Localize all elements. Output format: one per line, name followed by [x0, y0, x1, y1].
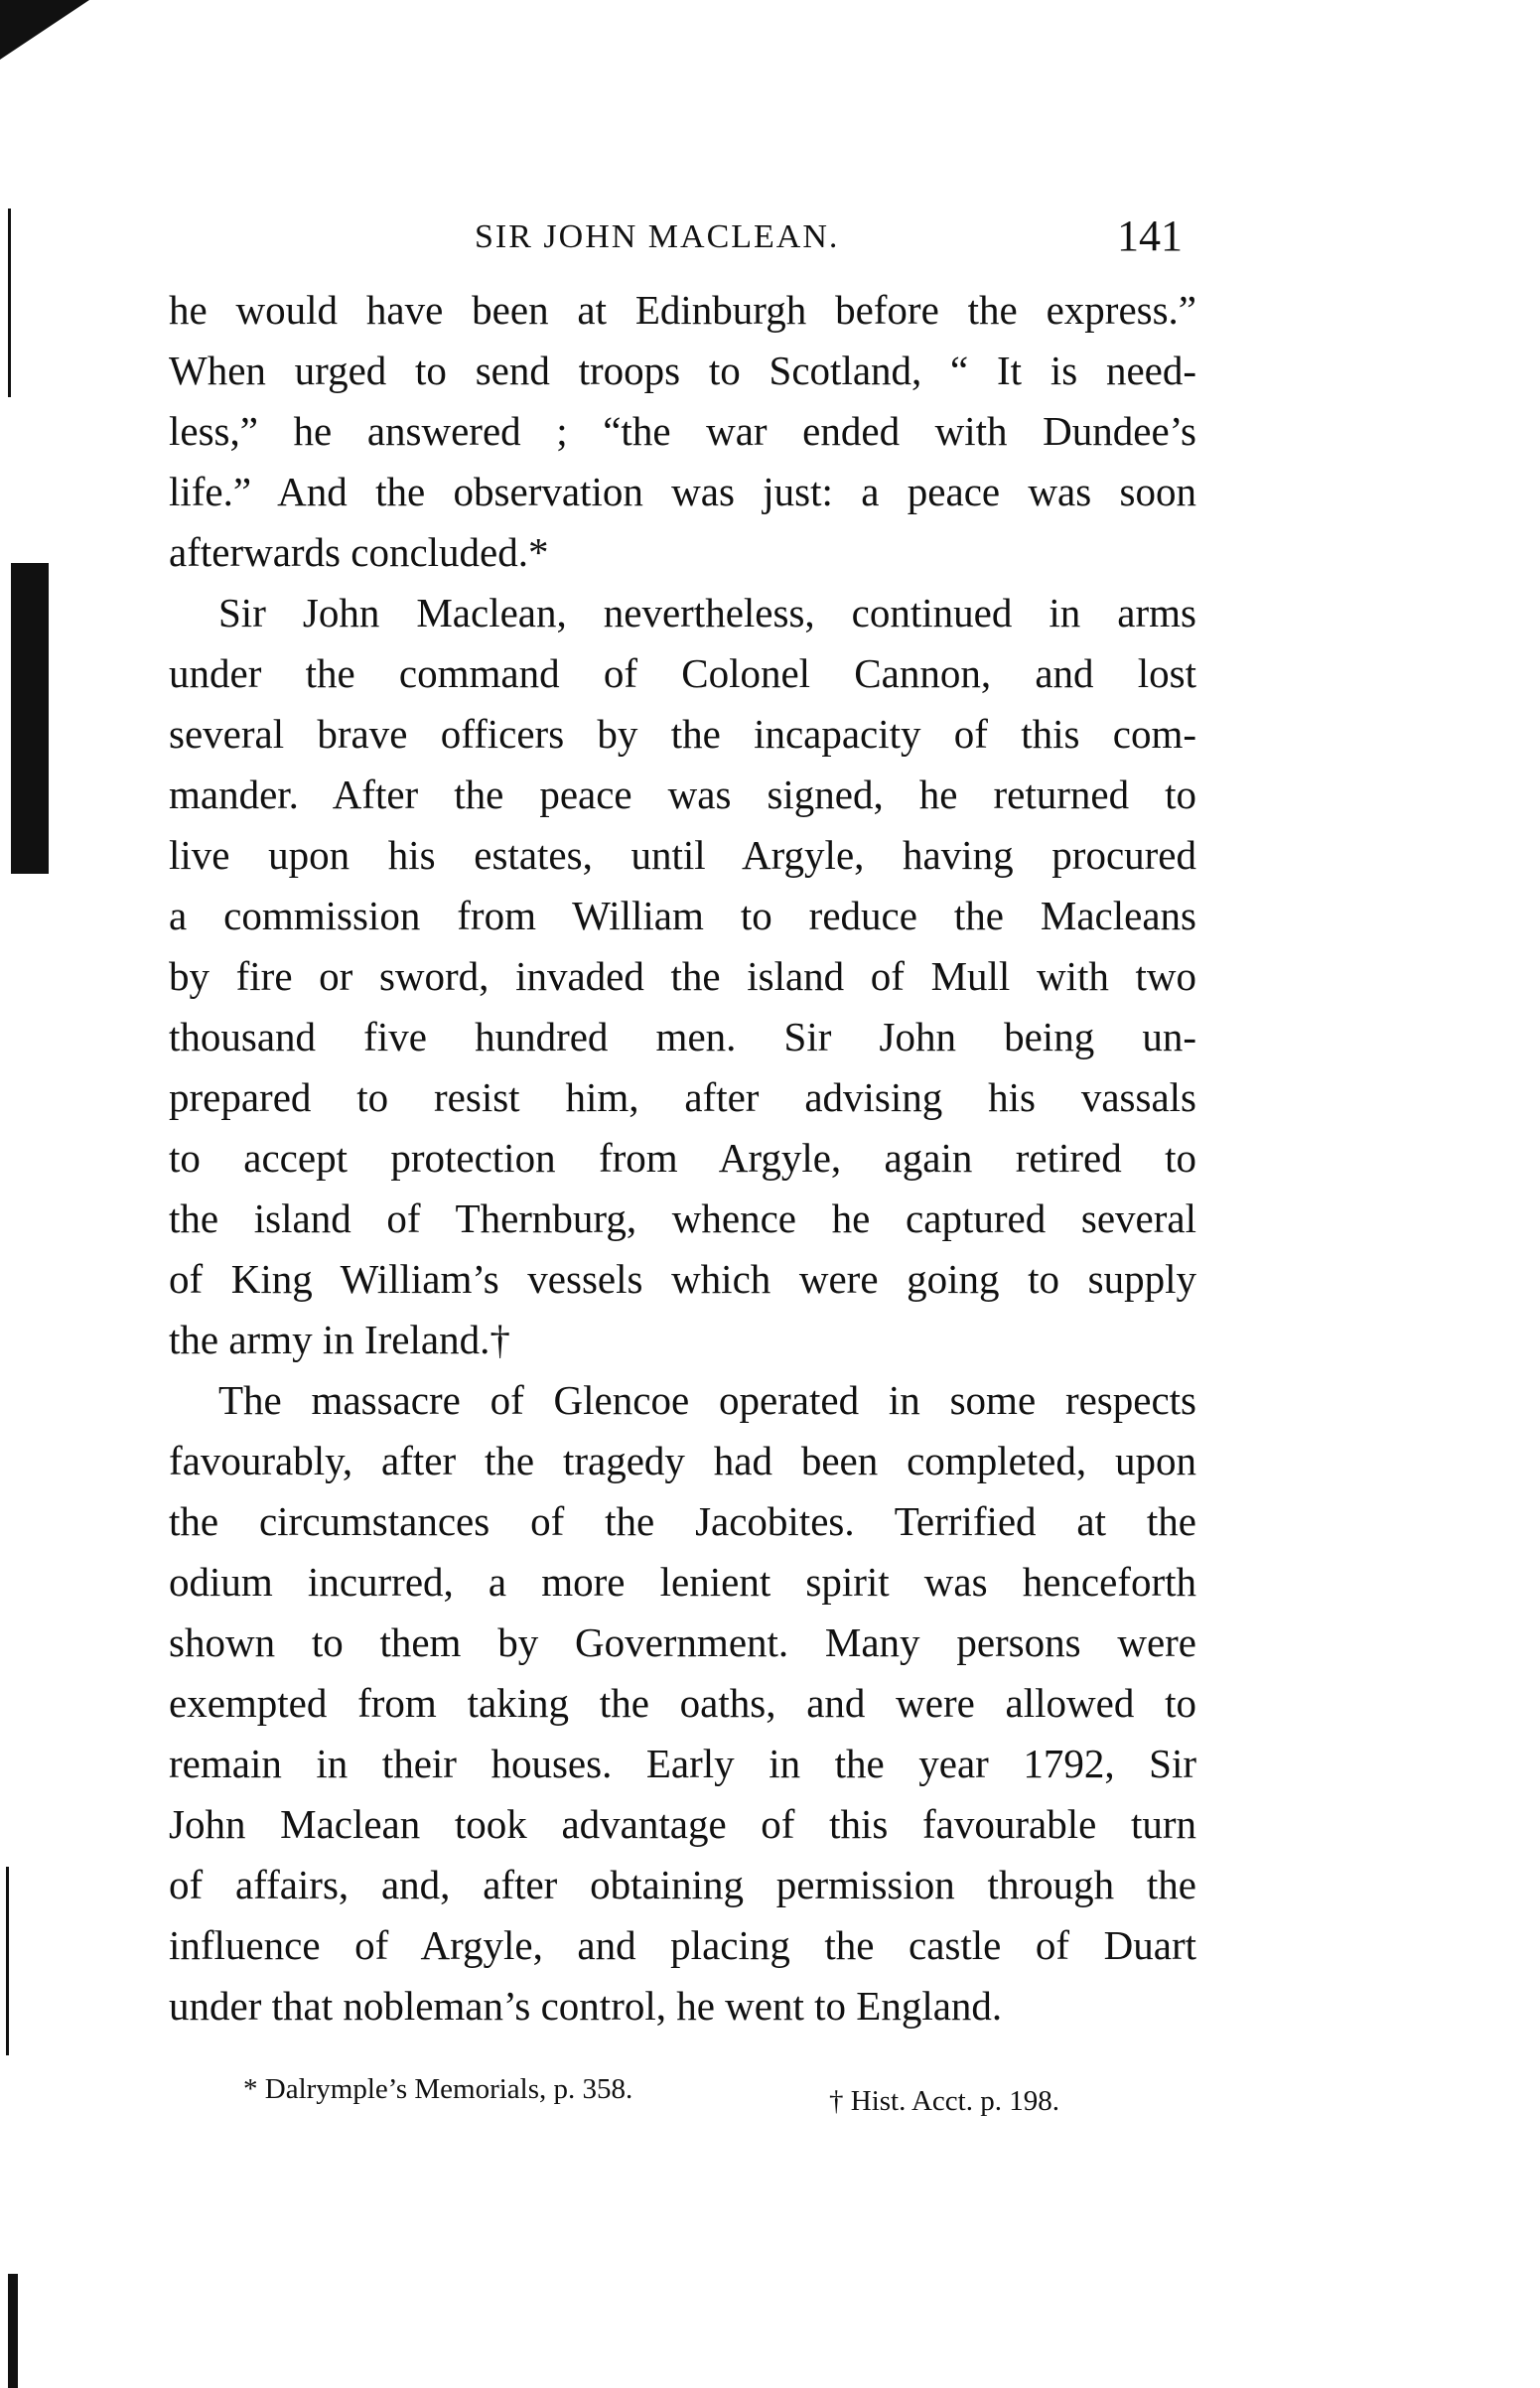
- text-line: the circumstances of the Jacobites. Terr…: [169, 1491, 1196, 1552]
- text-line: by fire or sword, invaded the island of …: [169, 946, 1196, 1007]
- text-line: odium incurred, a more lenient spirit wa…: [169, 1552, 1196, 1613]
- text-line: he would have been at Edinburgh before t…: [169, 280, 1196, 341]
- text-line: When urged to send troops to Scotland, “…: [169, 341, 1196, 401]
- text-line: John Maclean took advantage of this favo…: [169, 1794, 1196, 1855]
- text-line: exempted from taking the oaths, and were…: [169, 1673, 1196, 1734]
- text-line: less,” he answered ; “the war ended with…: [169, 401, 1196, 462]
- page-header: SIR JOHN MACLEAN. 141: [0, 211, 1540, 260]
- text-line: The massacre of Glencoe operated in some…: [169, 1370, 1196, 1431]
- text-line: to accept protection from Argyle, again …: [169, 1128, 1196, 1189]
- text-line: of King William’s vessels which were goi…: [169, 1249, 1196, 1310]
- text-line: a commission from William to reduce the …: [169, 886, 1196, 946]
- text-line: the army in Ireland.†: [169, 1310, 1196, 1370]
- text-line: several brave officers by the incapacity…: [169, 704, 1196, 765]
- text-line: influence of Argyle, and placing the cas…: [169, 1915, 1196, 1976]
- text-line: afterwards concluded.*: [169, 522, 1196, 583]
- text-line: mander. After the peace was signed, he r…: [169, 765, 1196, 825]
- text-line: thousand five hundred men. Sir John bein…: [169, 1007, 1196, 1067]
- text-line: favourably, after the tragedy had been c…: [169, 1431, 1196, 1491]
- footnote-dagger: † Hist. Acct. p. 198.: [829, 2085, 1059, 2118]
- text-line: under that nobleman’s control, he went t…: [169, 1976, 1196, 2037]
- running-title: SIR JOHN MACLEAN.: [475, 218, 839, 256]
- text-line: of affairs, and, after obtaining permiss…: [169, 1855, 1196, 1915]
- scan-corner-shadow: [0, 0, 89, 60]
- text-line: under the command of Colonel Cannon, and…: [169, 643, 1196, 704]
- text-line: Sir John Maclean, nevertheless, continue…: [169, 583, 1196, 643]
- scan-edge-line: [6, 1867, 9, 2055]
- page-number: 141: [1117, 211, 1183, 261]
- text-line: prepared to resist him, after advising h…: [169, 1067, 1196, 1128]
- text-line: remain in their houses. Early in the yea…: [169, 1734, 1196, 1794]
- text-line: shown to them by Government. Many person…: [169, 1613, 1196, 1673]
- scan-edge-mark: [11, 563, 49, 874]
- text-line: life.” And the observation was just: a p…: [169, 462, 1196, 522]
- scan-edge-mark: [8, 2274, 18, 2388]
- body-text: he would have been at Edinburgh before t…: [169, 280, 1196, 2037]
- text-line: live upon his estates, until Argyle, hav…: [169, 825, 1196, 886]
- text-line: the island of Thernburg, whence he captu…: [169, 1189, 1196, 1249]
- footnote-star: * Dalrymple’s Memorials, p. 358.: [243, 2073, 632, 2106]
